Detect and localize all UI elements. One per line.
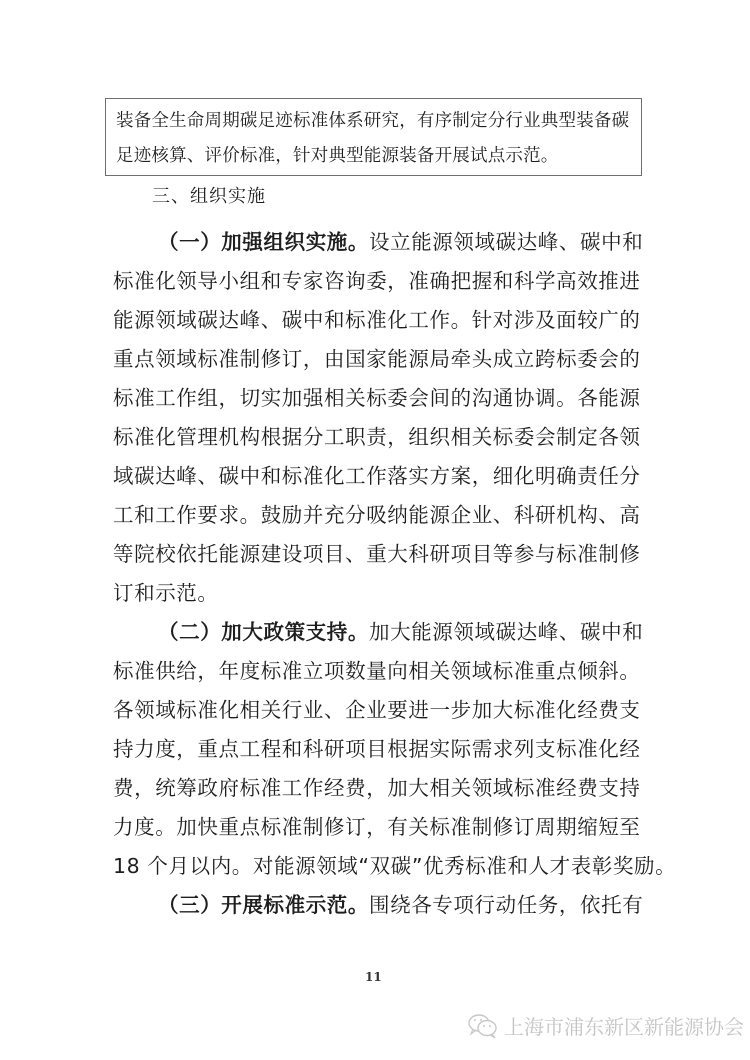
paragraph-line: 力度。加快重点标准制修订，有关标准制修订周期缩短至: [113, 814, 653, 840]
paragraph-first-line: （二）加大政策支持。加大能源领域碳达峰、碳中和: [158, 619, 698, 645]
paragraph-line: 持力度，重点工程和科研项目根据实际需求列支标准化经: [113, 736, 653, 762]
boxed-text: 装备全生命周期碳足迹标准体系研究，有序制定分行业典型装备碳 足迹核算、评价标准，…: [105, 98, 642, 176]
document-page: 装备全生命周期碳足迹标准体系研究，有序制定分行业典型装备碳 足迹核算、评价标准，…: [0, 0, 750, 1060]
paragraph-line: 标准化领导小组和专家咨询委，准确把握和科学高效推进: [113, 268, 653, 294]
paragraph-line: 费，统筹政府标准工作经费，加大相关领域标准经费支持: [113, 775, 653, 801]
paragraph-title: （二）加大政策支持。: [158, 620, 369, 644]
paragraph-title: （一）加强组织实施。: [158, 230, 369, 254]
paragraph-title: （三）开展标准示范。: [158, 893, 369, 917]
page-number: 11: [365, 970, 382, 984]
wechat-icon: [468, 1013, 498, 1039]
paragraph-line: 域碳达峰、碳中和标准化工作落实方案，细化明确责任分: [113, 463, 653, 489]
paragraph-line: 18 个月以内。对能源领域“双碳”优秀标准和人才表彰奖励。: [113, 853, 653, 879]
boxed-line: 装备全生命周期碳足迹标准体系研究，有序制定分行业典型装备碳: [116, 110, 629, 132]
paragraph-line: 能源领域碳达峰、碳中和标准化工作。针对涉及面较广的: [113, 307, 653, 333]
paragraph-line: 标准工作组，切实加强相关标委会间的沟通协调。各能源: [113, 385, 653, 411]
paragraph-line: 等院校依托能源建设项目、重大科研项目等参与标准制修: [113, 541, 653, 567]
section-heading: 三、组织实施: [152, 184, 266, 210]
watermark-text: 上海市浦东新区新能源协会: [504, 1011, 744, 1040]
paragraph-line: 标准化管理机构根据分工职责，组织相关标委会制定各领: [113, 424, 653, 450]
paragraph-line: 重点领域标准制修订，由国家能源局牵头成立跨标委会的: [113, 346, 653, 372]
paragraph-first-line: （三）开展标准示范。围绕各专项行动任务，依托有: [158, 892, 698, 918]
watermark: 上海市浦东新区新能源协会: [468, 1011, 744, 1040]
paragraph-line: 标准供给，年度标准立项数量向相关领域标准重点倾斜。: [113, 658, 653, 684]
paragraph-line: 订和示范。: [113, 580, 653, 606]
boxed-line: 足迹核算、评价标准，针对典型能源装备开展试点示范。: [116, 145, 559, 167]
paragraph-line: 各领域标准化相关行业、企业要进一步加大标准化经费支: [113, 697, 653, 723]
paragraph-first-line: （一）加强组织实施。设立能源领域碳达峰、碳中和: [158, 229, 698, 255]
paragraph-line: 工和工作要求。鼓励并充分吸纳能源企业、科研机构、高: [113, 502, 653, 528]
